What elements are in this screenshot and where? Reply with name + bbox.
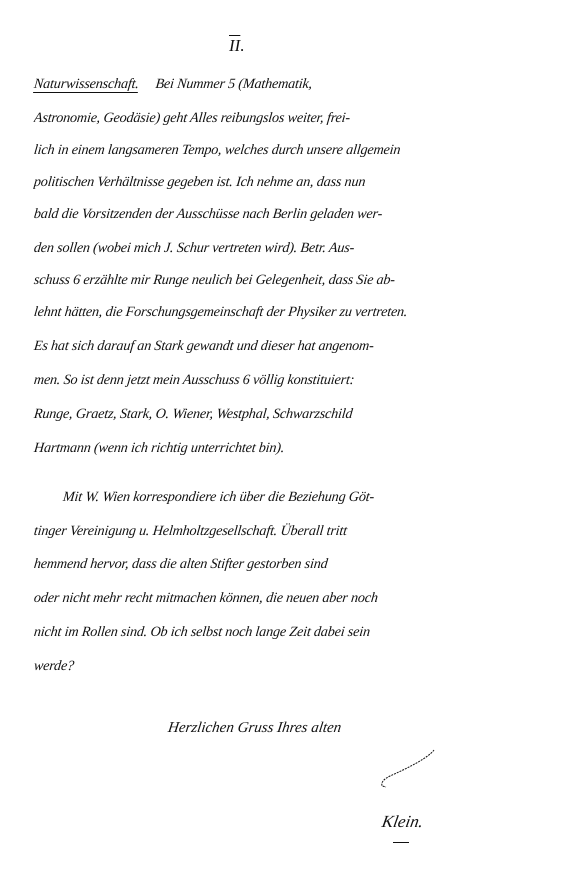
text-line: lehnt hätten, die Forschungsgemeinschaft… [33,304,545,321]
text-line: politischen Verhältnisse gegeben ist. Ic… [33,174,545,191]
text-line: hemmend hervor, dass die alten Stifter g… [33,556,545,573]
paragraph-line-1: Naturwissenschaft. Bei Nummer 5 (Mathema… [33,76,545,93]
text-line: schuss 6 erzählte mir Runge neulich bei … [33,272,545,289]
text-line: bald die Vorsitzenden der Ausschüsse nac… [33,206,545,223]
section-heading: Naturwissenschaft. [33,76,139,92]
text-line: Es hat sich darauf an Stark gewandt und … [33,338,545,355]
text-line: nicht im Rollen sind. Ob ich selbst noch… [33,624,545,641]
signature-underline [393,842,409,843]
text-line: Astronomie, Geodäsie) geht Alles reibung… [33,110,545,127]
text-line: tinger Vereinigung u. Helmholtzgesellsch… [33,523,545,540]
letter-page: II. Naturwissenschaft. Bei Nummer 5 (Mat… [0,0,570,894]
text-line: men. So ist denn jetzt mein Ausschuss 6 … [33,372,545,389]
closing-salutation: Herzlichen Gruss Ihres alten [167,720,343,737]
signature: Klein. [380,812,425,832]
text-line: Hartmann (wenn ich richtig unterrichtet … [33,440,545,457]
text-line: lich in einem langsameren Tempo, welches… [33,142,545,159]
text-line: werde? [33,658,545,675]
text-line: oder nicht mehr recht mitmachen können, … [33,590,545,607]
flourish-stroke [378,748,438,788]
text-line: Runge, Graetz, Stark, O. Wiener, Westpha… [33,406,545,423]
paragraph-2-line-1: Mit W. Wien korrespondiere ich über die … [62,489,570,506]
page-number: II. [229,36,245,56]
text-line: den sollen (wobei mich J. Schur vertrete… [33,240,545,257]
